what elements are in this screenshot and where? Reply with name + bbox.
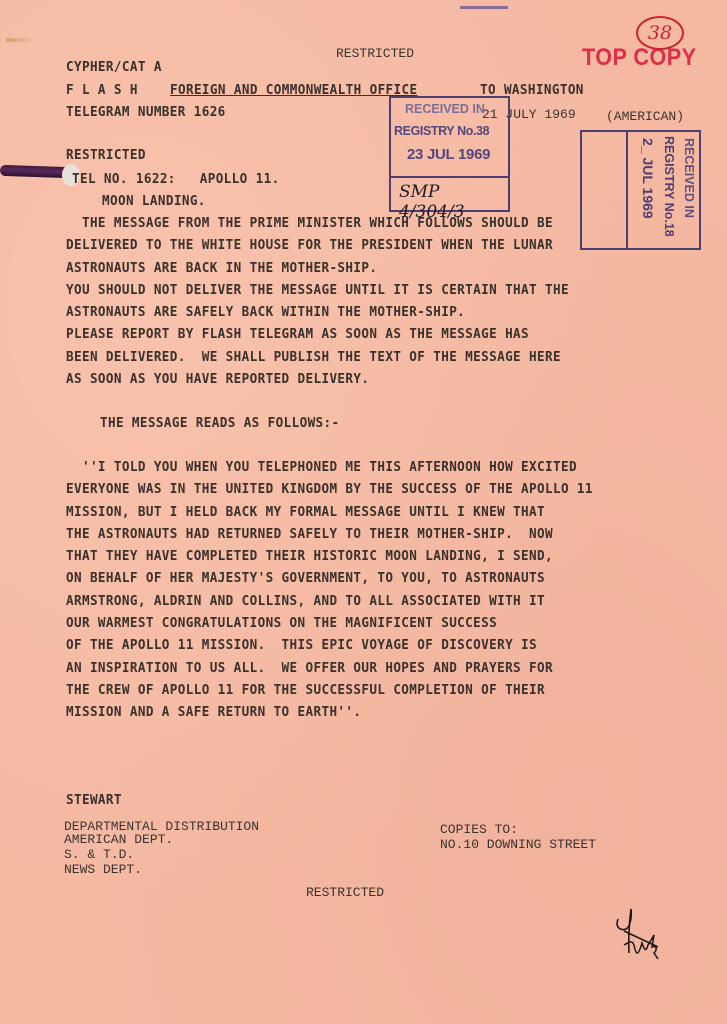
binding-string bbox=[0, 165, 70, 178]
text-line: EVERYONE WAS IN THE UNITED KINGDOM BY TH… bbox=[66, 478, 593, 500]
cypher-line: CYPHER/CAT A bbox=[66, 56, 162, 78]
message-intro: THE MESSAGE READS AS FOLLOWS:- bbox=[100, 412, 340, 434]
telegram-page: RESTRICTED TOP COPY 38 CYPHER/CAT A F L … bbox=[0, 0, 727, 1024]
stamp-received-label: RECEIVED IN bbox=[405, 102, 485, 116]
subject-topic: MOON LANDING. bbox=[102, 190, 206, 212]
classification-subject: RESTRICTED bbox=[66, 144, 146, 166]
reference-line: TEL NO. 1622: APOLLO 11. bbox=[72, 168, 280, 190]
stamp-divider bbox=[626, 132, 628, 248]
classification-bottom: RESTRICTED bbox=[306, 886, 384, 899]
stamp-date: 2_ JUL 1969 bbox=[640, 138, 656, 219]
text-line: OF THE APOLLO 11 MISSION. THIS EPIC VOYA… bbox=[66, 634, 593, 656]
text-line: ARMSTRONG, ALDRIN AND COLLINS, AND TO AL… bbox=[66, 590, 593, 612]
copies-to-item: NO.10 DOWNING STREET bbox=[440, 838, 596, 851]
text-line: AS SOON AS YOU HAVE REPORTED DELIVERY. bbox=[66, 368, 569, 390]
top-copy-stamp: TOP COPY bbox=[582, 44, 696, 72]
instructions-paragraph: THE MESSAGE FROM THE PRIME MINISTER WHIC… bbox=[66, 212, 607, 390]
text-line: DELIVERED TO THE WHITE HOUSE FOR THE PRE… bbox=[66, 234, 569, 256]
distribution-item: AMERICAN DEPT. bbox=[64, 833, 173, 846]
prime-minister-message: ''I TOLD YOU WHEN YOU TELEPHONED ME THIS… bbox=[66, 456, 633, 724]
stamp-date: 23 JUL 1969 bbox=[407, 146, 490, 163]
text-line: MISSION AND A SAFE RETURN TO EARTH''. bbox=[66, 701, 593, 723]
telegram-number: TELEGRAM NUMBER 1626 bbox=[66, 101, 226, 123]
precedence-flash: F L A S H bbox=[66, 79, 138, 101]
handwritten-initials bbox=[614, 905, 668, 965]
text-line: ''I TOLD YOU WHEN YOU TELEPHONED ME THIS… bbox=[66, 456, 593, 478]
text-line: THE CREW OF APOLLO 11 FOR THE SUCCESSFUL… bbox=[66, 679, 593, 701]
classification-top: RESTRICTED bbox=[336, 47, 414, 60]
text-line: THE MESSAGE FROM THE PRIME MINISTER WHIC… bbox=[66, 212, 569, 234]
text-line: THAT THEY HAVE COMPLETED THEIR HISTORIC … bbox=[66, 545, 593, 567]
signatory: STEWART bbox=[66, 789, 122, 811]
paper-crease bbox=[6, 38, 36, 42]
circled-copy-number: 38 bbox=[636, 16, 684, 50]
text-line: ASTRONAUTS ARE SAFELY BACK WITHIN THE MO… bbox=[66, 301, 569, 323]
from-office: FOREIGN AND COMMONWEALTH OFFICE bbox=[170, 79, 417, 101]
text-line: ASTRONAUTS ARE BACK IN THE MOTHER-SHIP. bbox=[66, 257, 569, 279]
text-line: AN INSPIRATION TO US ALL. WE OFFER OUR H… bbox=[66, 657, 593, 679]
text-line: MISSION, BUT I HELD BACK MY FORMAL MESSA… bbox=[66, 501, 593, 523]
stamp-received-label: RECEIVED IN bbox=[682, 138, 696, 218]
registry-38-stamp: RECEIVED IN REGISTRY No.38 23 JUL 1969 S… bbox=[389, 96, 510, 212]
distribution-item: NEWS DEPT. bbox=[64, 863, 142, 876]
text-line: ON BEHALF OF HER MAJESTY'S GOVERNMENT, T… bbox=[66, 567, 593, 589]
ink-mark bbox=[460, 0, 508, 9]
text-line: OUR WARMEST CONGRATULATIONS ON THE MAGNI… bbox=[66, 612, 593, 634]
telegram-department: (AMERICAN) bbox=[606, 110, 684, 123]
copies-to-heading: COPIES TO: bbox=[440, 823, 518, 836]
stamp-registry-number: REGISTRY No.18 bbox=[662, 136, 676, 237]
distribution-item: S. & T.D. bbox=[64, 848, 134, 861]
text-line: PLEASE REPORT BY FLASH TELEGRAM AS SOON … bbox=[66, 323, 569, 345]
text-line: YOU SHOULD NOT DELIVER THE MESSAGE UNTIL… bbox=[66, 279, 569, 301]
text-line: THE ASTRONAUTS HAD RETURNED SAFELY TO TH… bbox=[66, 523, 593, 545]
stamp-registry-number: REGISTRY No.38 bbox=[394, 124, 489, 138]
stamp-divider bbox=[391, 176, 508, 178]
text-line: BEEN DELIVERED. WE SHALL PUBLISH THE TEX… bbox=[66, 346, 569, 368]
